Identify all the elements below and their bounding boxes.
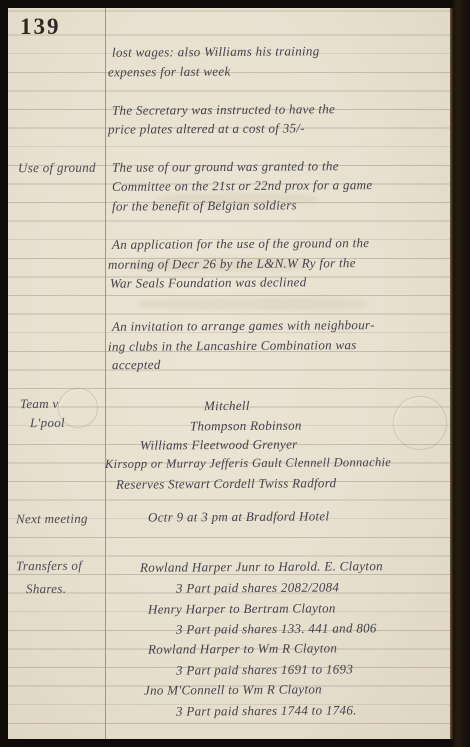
margin-note-team: Team v (20, 396, 59, 412)
margin-note-transfers-2: Shares. (26, 581, 66, 597)
team-line: Mitchell (204, 398, 250, 414)
margin-note-transfers: Transfers of (16, 558, 82, 574)
handwritten-line: An invitation to arrange games with neig… (112, 317, 375, 335)
handwritten-line: expenses for last week (108, 64, 231, 81)
handwritten-line: The use of our ground was granted to the (112, 158, 339, 176)
team-line: Reserves Stewart Cordell Twiss Radford (116, 475, 336, 493)
share-transfer-line: Rowland Harper Junr to Harold. E. Clayto… (140, 558, 383, 576)
team-line: Thompson Robinson (190, 418, 302, 435)
embossed-stamp-circle (393, 396, 447, 450)
handwritten-line: Octr 9 at 3 pm at Bradford Hotel (148, 508, 329, 525)
share-transfer-line: Henry Harper to Bertram Clayton (148, 600, 336, 617)
handwritten-line: accepted (112, 357, 161, 373)
margin-note-use-of-ground: Use of ground (18, 160, 96, 177)
handwritten-line: Committee on the 21st or 22nd prox for a… (112, 177, 372, 195)
margin-note-team-opponent: L'pool (30, 415, 65, 431)
share-transfer-line: Rowland Harper to Wm R Clayton (148, 640, 337, 657)
handwritten-line: War Seals Foundation was declined (110, 274, 307, 291)
share-transfer-line: Jno M'Connell to Wm R Clayton (144, 681, 322, 698)
share-transfer-line: 3 Part paid shares 133. 441 and 806 (176, 620, 377, 637)
page-number: 139 (20, 14, 61, 40)
scanned-minute-book-page: 139 lost wages: also Williams his traini… (0, 0, 470, 747)
margin-note-next-meeting: Next meeting (16, 511, 88, 528)
handwritten-line: for the benefit of Belgian soldiers (112, 197, 297, 214)
handwritten-line: price plates altered at a cost of 35/- (108, 120, 305, 137)
share-transfer-line: 3 Part paid shares 2082/2084 (176, 579, 339, 596)
handwritten-line: ing clubs in the Lancashire Combination … (108, 337, 357, 355)
show-through-smudge (138, 298, 368, 310)
ledger-paper: 139 lost wages: also Williams his traini… (8, 8, 453, 739)
team-line: Williams Fleetwood Grenyer (140, 436, 298, 453)
share-transfer-line: 3 Part paid shares 1744 to 1746. (176, 702, 357, 719)
red-margin-rule (105, 8, 106, 739)
handwritten-line: lost wages: also Williams his training (112, 43, 320, 60)
book-binding-edge (453, 0, 470, 747)
handwritten-line: The Secretary was instructed to have the (112, 101, 335, 119)
share-transfer-line: 3 Part paid shares 1691 to 1693 (176, 661, 353, 678)
team-line: Kirsopp or Murray Jefferis Gault Clennel… (105, 455, 391, 472)
handwritten-line: morning of Decr 26 by the L&N.W Ry for t… (108, 255, 356, 273)
handwritten-line: An application for the use of the ground… (112, 235, 369, 253)
